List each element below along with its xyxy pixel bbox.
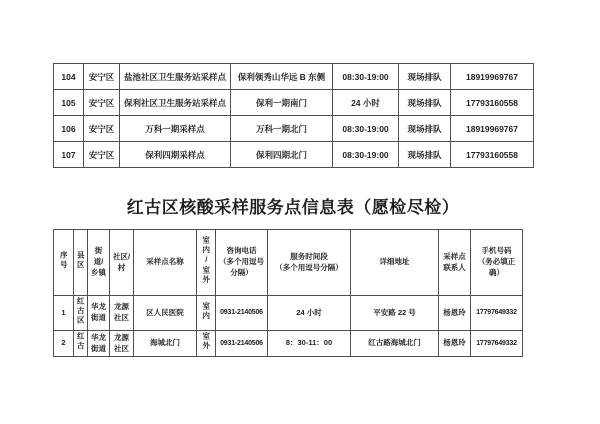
- phone-cell: 18919969767: [451, 64, 534, 90]
- district-cell: 安宁区: [84, 142, 120, 168]
- service-time-cell: 08:30-19:00: [333, 142, 399, 168]
- table-row: 2 红古 华龙街道 龙源社区 海城北门 室外 0931-2140506 8：30…: [54, 331, 523, 357]
- district-cell: 安宁区: [84, 116, 120, 142]
- location-cell: 保利四期北门: [231, 142, 333, 168]
- header-county: 县区: [74, 230, 88, 296]
- service-time-cell: 8：30-11：00: [268, 331, 351, 357]
- header-row: 序号 县区 街道/乡镇 社区/村 采样点名称 室内/室外 咨询电话 （多个用逗号…: [54, 230, 523, 296]
- document-page: 104 安宁区 盐池社区卫生服务站采样点 保利领秀山华远 B 东侧 08:30-…: [0, 0, 600, 424]
- header-serial: 序号: [54, 230, 74, 296]
- header-site-name: 采样点名称: [134, 230, 197, 296]
- header-county-label: 县区: [77, 251, 85, 270]
- mobile-cell: 17797649332: [471, 331, 523, 357]
- anning-sampling-table: 104 安宁区 盐池社区卫生服务站采样点 保利领秀山华远 B 东侧 08:30-…: [53, 63, 534, 168]
- honggu-table-title: 红古区核酸采样服务点信息表（愿检尽检）: [53, 193, 533, 218]
- county-cell: 红古: [74, 331, 88, 357]
- indoor-outdoor-cell: 室外: [197, 331, 216, 357]
- table-row: 1 红古区 华龙街道 龙源社区 区人民医院 室内 0931-2140506 24…: [54, 296, 523, 331]
- row-number-cell: 106: [54, 116, 84, 142]
- inquiry-phone-cell: 0931-2140506: [216, 331, 268, 357]
- queue-mode-cell: 现场排队: [399, 142, 451, 168]
- site-name-cell: 保利社区卫生服务站采样点: [120, 90, 231, 116]
- serial-cell: 1: [54, 296, 74, 331]
- inquiry-phone-cell: 0931-2140506: [216, 296, 268, 331]
- header-mobile: 手机号码 （务必填正 确）: [471, 230, 523, 296]
- indoor-outdoor-label: 室内: [202, 302, 210, 321]
- street-cell: 华龙街道: [88, 331, 110, 357]
- queue-mode-cell: 现场排队: [399, 90, 451, 116]
- contact-cell: 杨恩玲: [439, 331, 471, 357]
- service-time-cell: 08:30-19:00: [333, 64, 399, 90]
- site-name-cell: 区人民医院: [134, 296, 197, 331]
- serial-cell: 2: [54, 331, 74, 357]
- queue-mode-cell: 现场排队: [399, 64, 451, 90]
- site-name-cell: 保利四期采样点: [120, 142, 231, 168]
- row-number-cell: 105: [54, 90, 84, 116]
- indoor-outdoor-cell: 室内: [197, 296, 216, 331]
- address-cell: 红古路海城北门: [351, 331, 439, 357]
- row-number-cell: 104: [54, 64, 84, 90]
- service-time-cell: 24 小时: [333, 90, 399, 116]
- phone-cell: 17793160558: [451, 142, 534, 168]
- indoor-outdoor-label: 室外: [202, 332, 210, 351]
- community-cell: 龙源社区: [110, 296, 134, 331]
- queue-mode-cell: 现场排队: [399, 116, 451, 142]
- row-number-cell: 107: [54, 142, 84, 168]
- header-indoor-outdoor: 室内/室外: [197, 230, 216, 296]
- location-cell: 保利领秀山华远 B 东侧: [231, 64, 333, 90]
- street-cell: 华龙街道: [88, 296, 110, 331]
- community-cell: 龙源社区: [110, 331, 134, 357]
- phone-cell: 17793160558: [451, 90, 534, 116]
- county-label: 红古区: [77, 297, 85, 326]
- county-label: 红古: [77, 332, 85, 351]
- header-indoor-outdoor-label: 室内/室外: [202, 236, 210, 285]
- district-cell: 安宁区: [84, 64, 120, 90]
- header-address: 详细地址: [351, 230, 439, 296]
- location-cell: 万科一期北门: [231, 116, 333, 142]
- header-service-time: 服务时间段 （多个用逗号分隔）: [268, 230, 351, 296]
- site-name-cell: 万科一期采样点: [120, 116, 231, 142]
- mobile-cell: 17797649332: [471, 296, 523, 331]
- header-contact: 采样点 联系人: [439, 230, 471, 296]
- table-row: 105 安宁区 保利社区卫生服务站采样点 保利一期南门 24 小时 现场排队 1…: [54, 90, 534, 116]
- county-cell: 红古区: [74, 296, 88, 331]
- header-serial-label: 序号: [60, 251, 68, 270]
- table-row: 107 安宁区 保利四期采样点 保利四期北门 08:30-19:00 现场排队 …: [54, 142, 534, 168]
- address-cell: 平安路 22 号: [351, 296, 439, 331]
- location-cell: 保利一期南门: [231, 90, 333, 116]
- service-time-cell: 24 小时: [268, 296, 351, 331]
- service-time-cell: 08:30-19:00: [333, 116, 399, 142]
- header-community: 社区/村: [110, 230, 134, 296]
- contact-cell: 杨恩玲: [439, 296, 471, 331]
- table-row: 106 安宁区 万科一期采样点 万科一期北门 08:30-19:00 现场排队 …: [54, 116, 534, 142]
- phone-cell: 18919969767: [451, 116, 534, 142]
- site-name-cell: 盐池社区卫生服务站采样点: [120, 64, 231, 90]
- header-street: 街道/乡镇: [88, 230, 110, 296]
- district-cell: 安宁区: [84, 90, 120, 116]
- honggu-sampling-table: 序号 县区 街道/乡镇 社区/村 采样点名称 室内/室外 咨询电话 （多个用逗号…: [53, 229, 523, 357]
- site-name-cell: 海城北门: [134, 331, 197, 357]
- header-inquiry-phone: 咨询电话 （多个用逗号 分隔）: [216, 230, 268, 296]
- table-row: 104 安宁区 盐池社区卫生服务站采样点 保利领秀山华远 B 东侧 08:30-…: [54, 64, 534, 90]
